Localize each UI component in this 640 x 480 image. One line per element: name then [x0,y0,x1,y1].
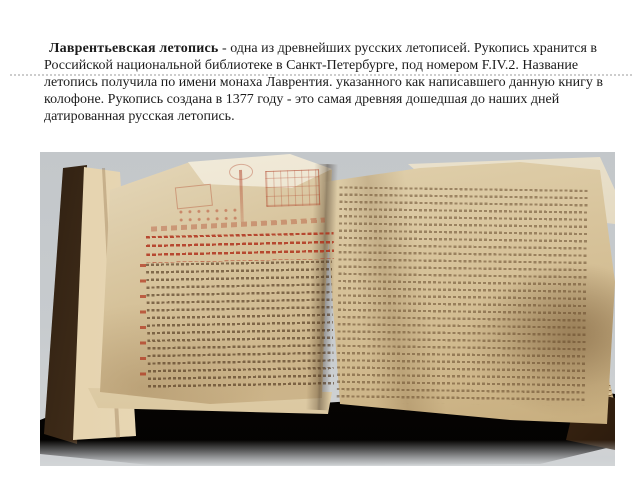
chronicle-title-bold: Лаврентьевская летопись [49,41,219,56]
left-page-text-lines [146,260,334,391]
red-sketch-building [265,169,320,207]
manuscript-photo [40,152,615,466]
right-page-text-lines [337,186,590,405]
red-sketch-tree-crown [229,163,254,180]
red-rubric-lines [146,232,335,263]
description-paragraph: Лаврентьевская летопись - одна из древне… [44,40,618,125]
slide: Лаврентьевская летопись - одна из древне… [0,0,640,480]
red-margin-initials [140,264,146,388]
floor-shadow-fade [40,440,615,466]
red-sketch-box [175,184,213,210]
red-ink-headpiece-drawing [147,163,331,235]
